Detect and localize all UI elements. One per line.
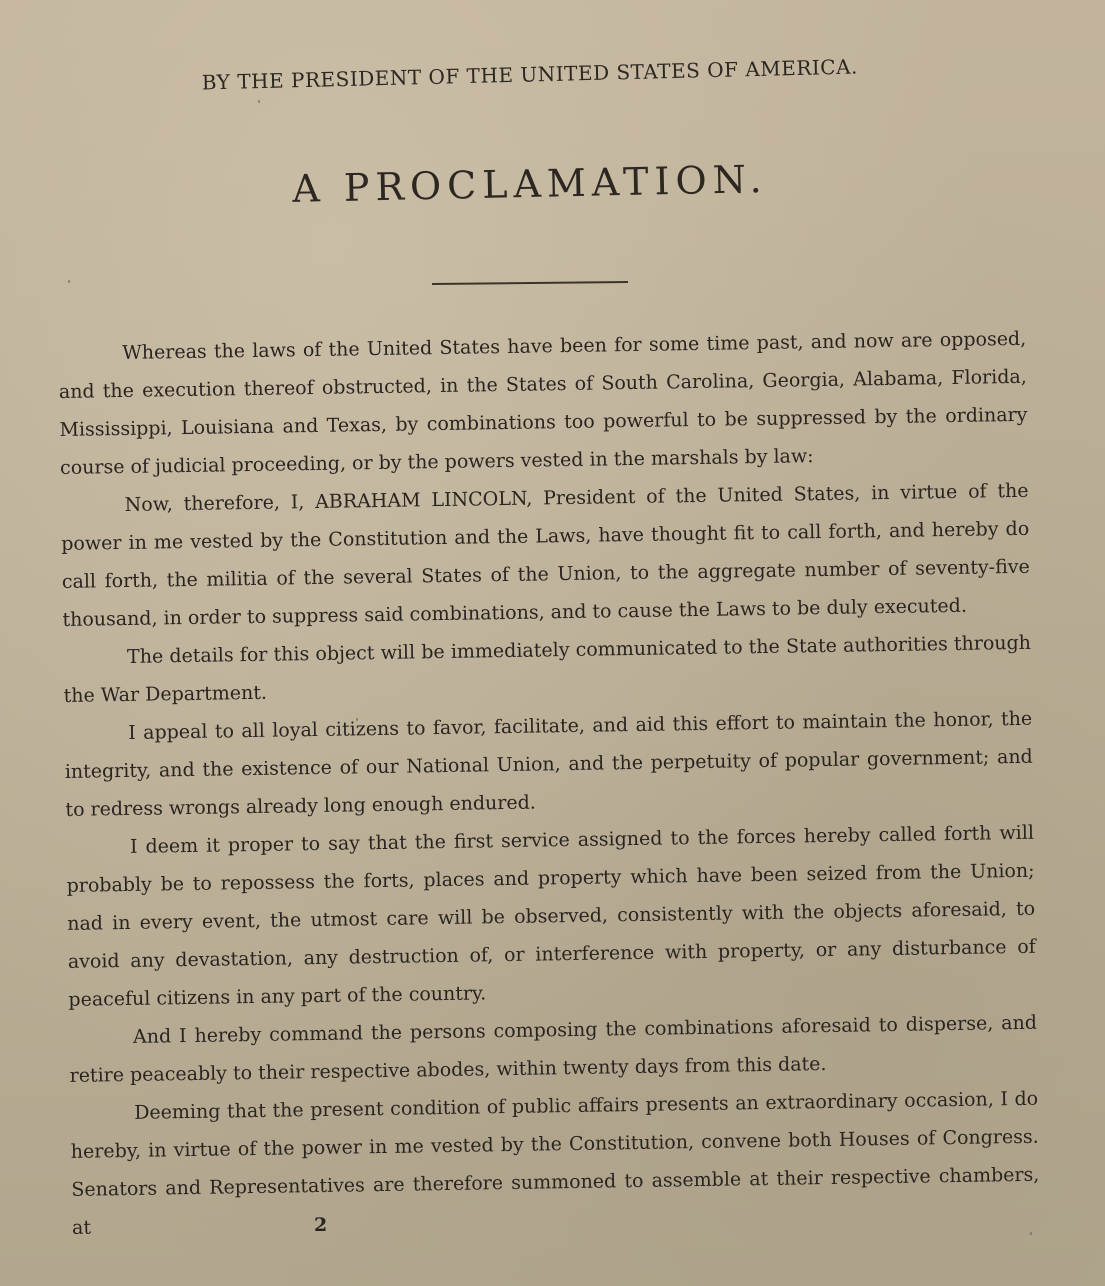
proclamation-title: A PROCLAMATION. xyxy=(240,156,821,212)
paragraph-convene-congress: Deeming that the present condition of pu… xyxy=(70,1080,1040,1247)
paper-speck xyxy=(356,718,358,721)
paper-speck xyxy=(280,1070,282,1073)
paragraph-whereas: Whereas the laws of the United States ha… xyxy=(58,320,1028,487)
proclamation-body: Whereas the laws of the United States ha… xyxy=(58,320,1040,1247)
paragraph-call-forth-militia: Now, therefore, I, ABRAHAM LINCOLN, Pres… xyxy=(60,472,1030,639)
page-number: 2 xyxy=(314,1214,327,1236)
paper-speck xyxy=(1030,1232,1032,1235)
title-divider xyxy=(432,281,628,285)
paper-speck xyxy=(68,280,70,283)
paragraph-appeal: I appeal to all loyal citizens to favor,… xyxy=(64,700,1034,829)
proclamation-header: BY THE PRESIDENT OF THE UNITED STATES OF… xyxy=(140,53,920,96)
paragraph-first-service: I deem it proper to say that the first s… xyxy=(66,814,1037,1019)
paper-speck xyxy=(258,100,260,103)
document-page: BY THE PRESIDENT OF THE UNITED STATES OF… xyxy=(0,0,1105,1286)
